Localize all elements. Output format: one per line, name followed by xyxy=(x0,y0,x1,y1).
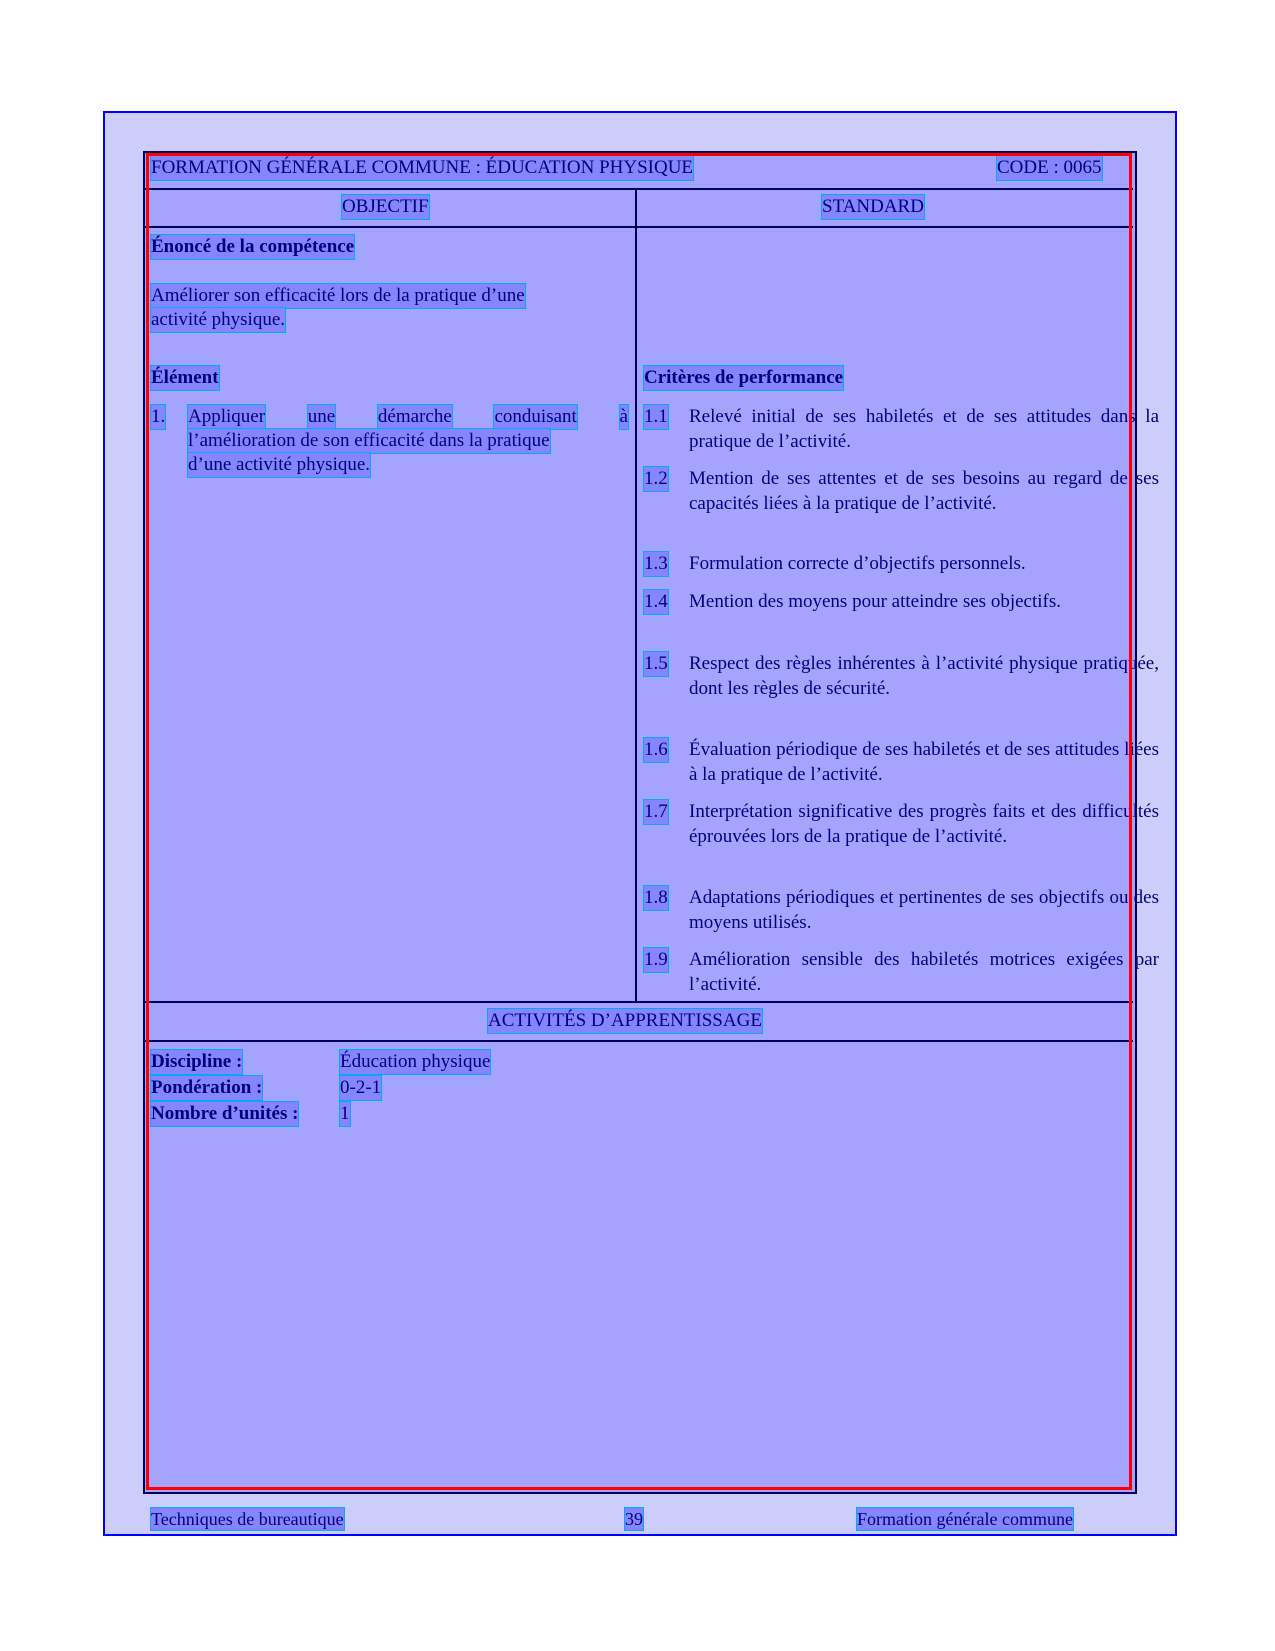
element-word: Appliquer xyxy=(188,405,265,429)
criterion-number: 1.8 xyxy=(644,886,668,910)
criterion-text: Relevé initial de ses habiletés et de se… xyxy=(689,405,1159,454)
divider xyxy=(145,226,1133,228)
criterion-text: Adaptations périodiques et pertinentes d… xyxy=(689,886,1159,935)
element-number: 1. xyxy=(151,405,165,429)
column-heading-standard: STANDARD xyxy=(822,195,924,219)
footer-left: Techniques de bureautique xyxy=(151,1508,344,1530)
course-code: CODE : 0065 xyxy=(997,156,1102,180)
column-heading-objectif: OBJECTIF xyxy=(342,195,429,219)
criterion-text: Mention des moyens pour atteindre ses ob… xyxy=(689,590,1159,615)
competence-text: Améliorer son efficacité lors de la prat… xyxy=(151,284,525,308)
footer-right: Formation générale commune xyxy=(857,1508,1073,1530)
element-word: démarche xyxy=(378,405,452,429)
divider xyxy=(145,1040,1133,1042)
element-word: conduisant xyxy=(494,405,576,429)
element-word: une xyxy=(308,405,335,429)
criterion-text: Respect des règles inhérentes à l’activi… xyxy=(689,652,1159,701)
criterion-number: 1.2 xyxy=(644,467,668,491)
element-text: Appliquerunedémarcheconduisantà xyxy=(188,405,628,429)
criterion-number: 1.6 xyxy=(644,738,668,762)
criteria-heading: Critères de performance xyxy=(644,366,843,390)
competence-text: activité physique. xyxy=(151,308,285,332)
divider xyxy=(145,188,1133,190)
element-heading: Élément xyxy=(151,366,219,390)
element-word: à xyxy=(620,405,628,429)
page-number: 39 xyxy=(625,1508,643,1530)
criterion-text: Formulation correcte d’objectifs personn… xyxy=(689,552,1159,577)
criterion-number: 1.3 xyxy=(644,552,668,576)
field-label: Nombre d’unités : xyxy=(151,1102,298,1126)
criterion-number: 1.7 xyxy=(644,800,668,824)
criterion-number: 1.1 xyxy=(644,405,668,429)
criterion-number: 1.9 xyxy=(644,948,668,972)
criterion-text: Interprétation significative des progrès… xyxy=(689,800,1159,849)
criterion-text: Évaluation périodique de ses habiletés e… xyxy=(689,738,1159,787)
field-value: 1 xyxy=(340,1102,350,1126)
criterion-number: 1.5 xyxy=(644,652,668,676)
field-label: Discipline : xyxy=(151,1050,242,1074)
element-text: l’amélioration de son efficacité dans la… xyxy=(188,429,550,453)
criterion-text: Amélioration sensible des habiletés motr… xyxy=(689,948,1159,997)
field-value: Éducation physique xyxy=(340,1050,490,1074)
field-label: Pondération : xyxy=(151,1076,262,1100)
divider xyxy=(145,1001,1133,1003)
activities-heading: ACTIVITÉS D’APPRENTISSAGE xyxy=(488,1009,762,1033)
form-title: FORMATION GÉNÉRALE COMMUNE : ÉDUCATION P… xyxy=(151,156,693,180)
column-divider xyxy=(635,188,637,1002)
element-text: d’une activité physique. xyxy=(188,453,370,477)
competence-heading: Énoncé de la compétence xyxy=(151,235,354,259)
criterion-number: 1.4 xyxy=(644,590,668,614)
criterion-text: Mention de ses attentes et de ses besoin… xyxy=(689,467,1159,516)
field-value: 0-2-1 xyxy=(340,1076,381,1100)
